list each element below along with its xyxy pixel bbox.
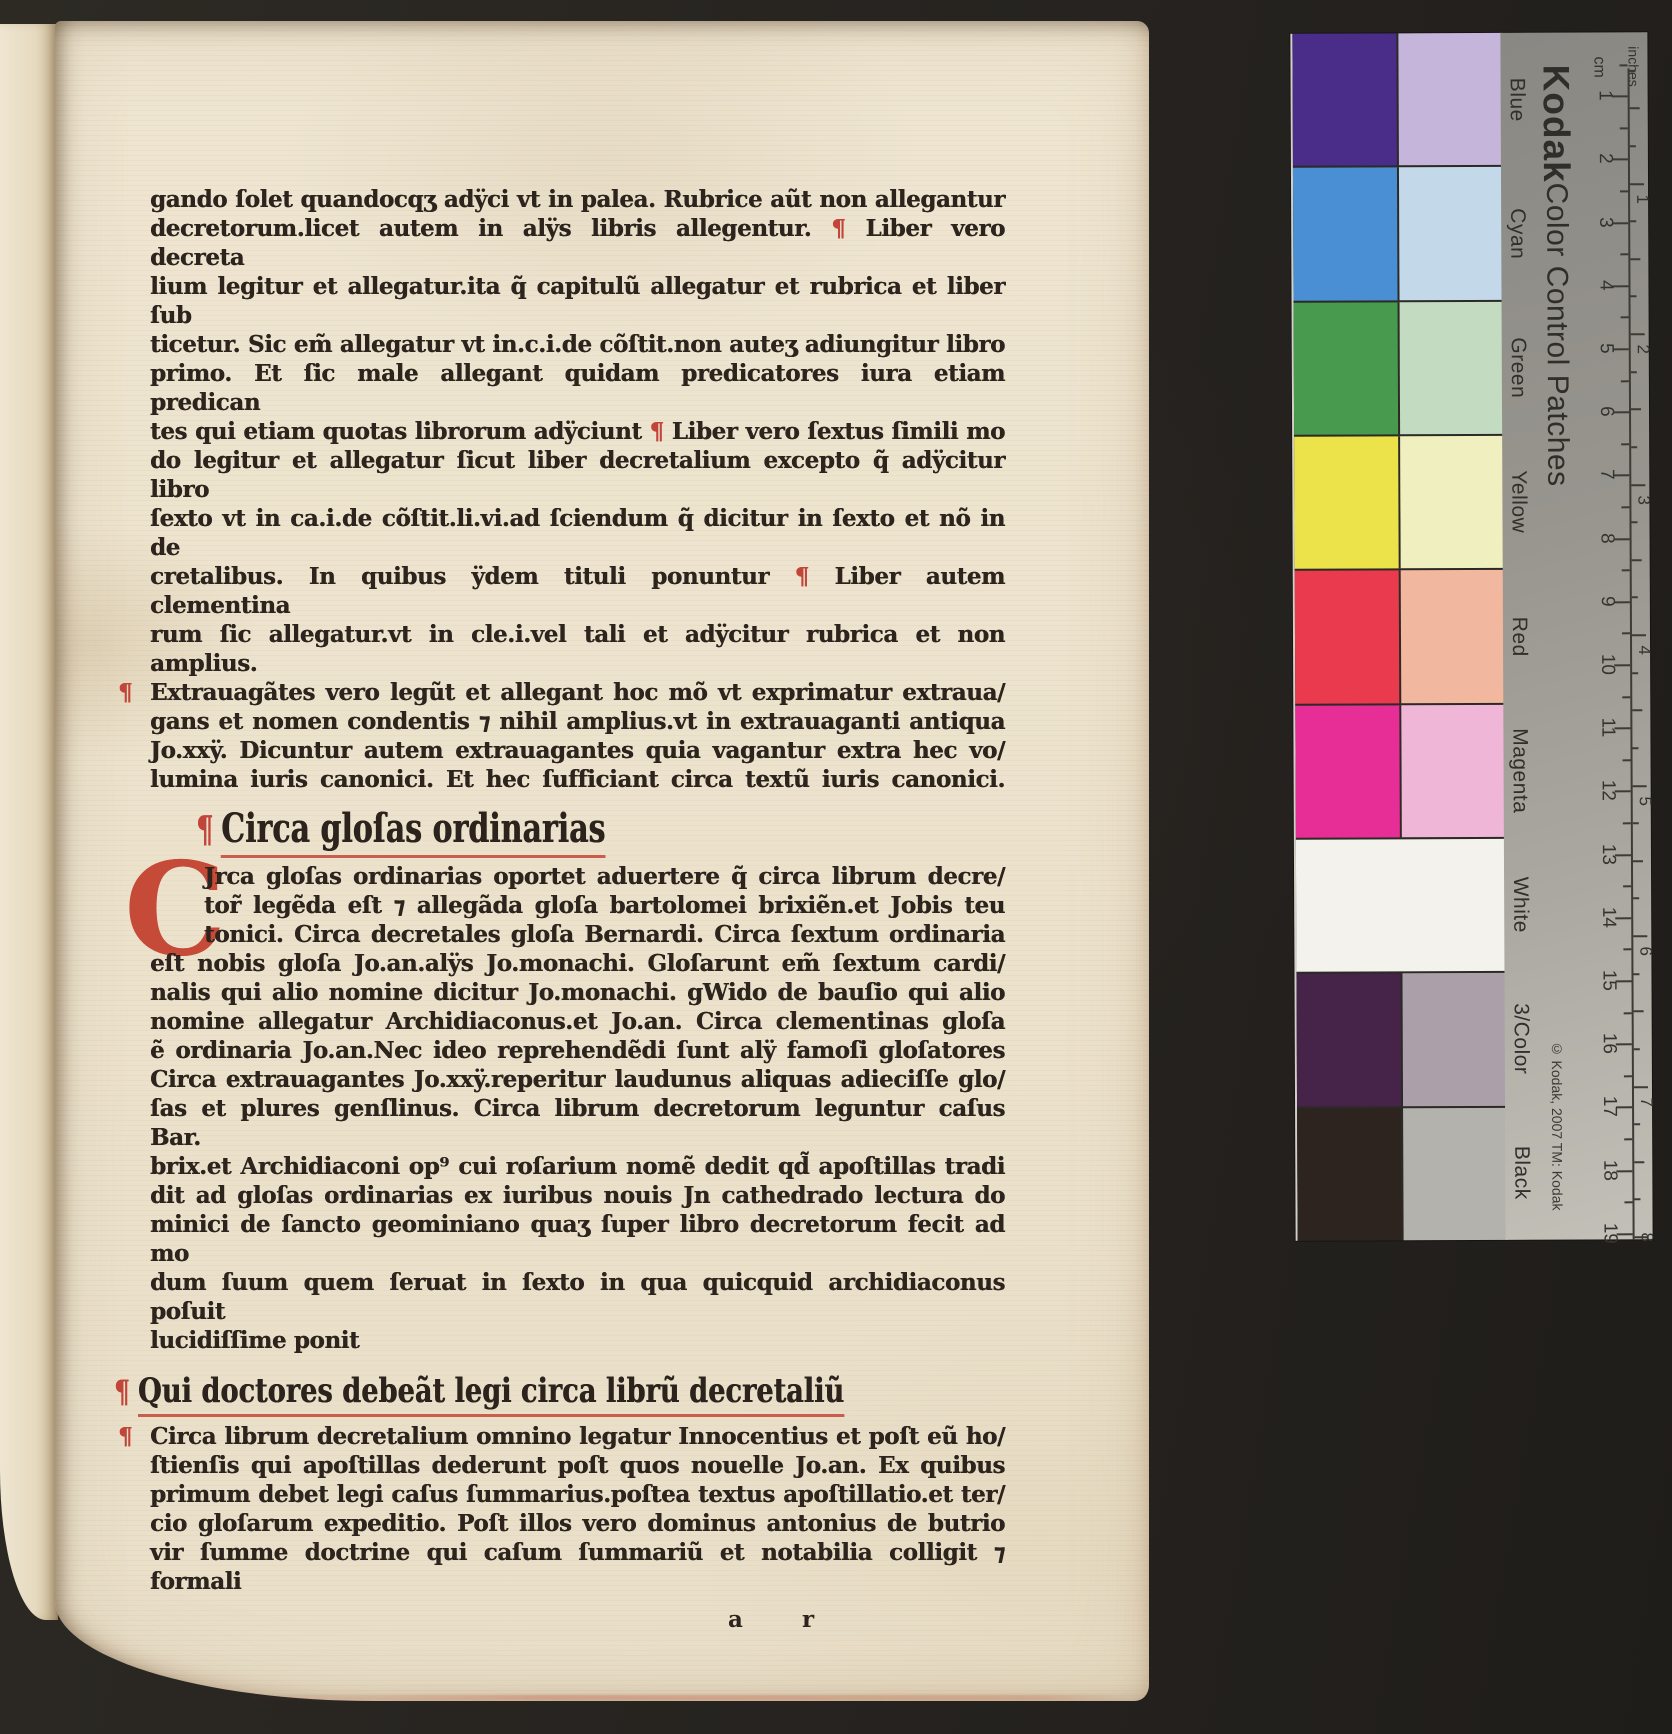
text-line: Circa extrauagantes Jo.xxÿ.reperitur lau… bbox=[150, 1065, 1005, 1094]
inch-minor-tick bbox=[1630, 220, 1636, 222]
cm-half-tick bbox=[1620, 190, 1628, 192]
inch-number: 1 bbox=[1632, 194, 1652, 204]
inch-number: 6 bbox=[1635, 946, 1655, 956]
inch-tick bbox=[1631, 333, 1645, 335]
cm-half-tick bbox=[1623, 949, 1631, 951]
inch-tick bbox=[1632, 634, 1646, 636]
cm-half-tick bbox=[1621, 380, 1629, 382]
section-heading-glosas: ¶Circa gloſas ordinarias bbox=[196, 806, 605, 852]
text-line: vir ſumme doctrine qui caſum ſummariũ et… bbox=[150, 1538, 1005, 1596]
text-line: gando ſolet quandocqʒ adÿci vt in palea.… bbox=[150, 185, 1005, 214]
inch-number: 8 bbox=[1637, 1232, 1657, 1242]
cm-number: 6 bbox=[1595, 406, 1617, 417]
text-line: lumina iuris canonici. Et hec ſufficiant… bbox=[150, 765, 1005, 794]
inch-minor-tick bbox=[1631, 371, 1637, 373]
patch-label-magenta: Magenta bbox=[1507, 728, 1531, 813]
signature-mark: r bbox=[802, 1606, 814, 1633]
text-line: tes qui etiam quotas librorum adÿciunt ¶… bbox=[150, 417, 1005, 446]
patch-row-white bbox=[1296, 839, 1507, 974]
inch-minor-tick bbox=[1630, 70, 1636, 72]
cm-number: 14 bbox=[1597, 907, 1619, 928]
kodak-brand-text: KodakColor Control Patches bbox=[1535, 65, 1579, 487]
cm-half-tick bbox=[1624, 1201, 1632, 1203]
inch-minor-tick bbox=[1630, 108, 1640, 110]
cm-number: 8 bbox=[1596, 533, 1618, 544]
cm-number: 17 bbox=[1598, 1096, 1620, 1117]
patch-yellow-tint bbox=[1400, 436, 1505, 569]
inch-minor-tick bbox=[1633, 898, 1639, 900]
patch-label-black: Black bbox=[1509, 1146, 1533, 1200]
inch-number: 4 bbox=[1634, 645, 1654, 655]
cm-number: 7 bbox=[1595, 469, 1617, 480]
text-line: minici de ſancto geominiano quaʒ ſuper l… bbox=[150, 1210, 1005, 1268]
cm-number: 3 bbox=[1594, 217, 1616, 228]
patch-row-blue bbox=[1292, 33, 1503, 168]
patch-row-3-color bbox=[1296, 973, 1507, 1108]
cm-number: 12 bbox=[1597, 780, 1619, 801]
inch-tick bbox=[1633, 785, 1647, 787]
cm-half-tick bbox=[1622, 633, 1630, 635]
cm-half-tick bbox=[1620, 253, 1628, 255]
patch-3-color-saturated bbox=[1296, 974, 1403, 1107]
patch-row-black bbox=[1297, 1107, 1508, 1240]
cm-half-tick bbox=[1621, 317, 1629, 319]
cm-number: 10 bbox=[1596, 654, 1618, 675]
heading-text: Qui doctores debeãt legi circa librũ dec… bbox=[138, 1371, 844, 1417]
inch-minor-tick bbox=[1630, 258, 1640, 260]
inch-minor-tick bbox=[1633, 973, 1639, 975]
patch-row-magenta bbox=[1295, 704, 1506, 839]
pilcrow-mark: ¶ bbox=[831, 215, 845, 242]
text-line: dit ad gloſas ordinarias ex iuribus noui… bbox=[150, 1181, 1005, 1210]
inch-minor-tick bbox=[1631, 521, 1637, 523]
inch-minor-tick bbox=[1633, 860, 1643, 862]
paragraph-1: gando ſolet quandocqʒ adÿci vt in palea.… bbox=[150, 185, 1005, 794]
patch-yellow-saturated bbox=[1294, 436, 1401, 569]
patch-label-red: Red bbox=[1507, 616, 1531, 656]
text-line: eſt nobis gloſa Jo.an.alÿs Jo.monachi. G… bbox=[150, 949, 1005, 978]
card-title-text: Color Control Patches bbox=[1540, 183, 1574, 487]
cm-half-tick bbox=[1621, 443, 1629, 445]
patch-cyan-saturated bbox=[1293, 168, 1400, 301]
text-line: ticetur. Sic em̃ allegatur vt in.c.i.de … bbox=[150, 330, 1005, 359]
patch-black-tint bbox=[1403, 1107, 1508, 1240]
text-line: dum ſuum quem ſeruat in ſexto in qua qui… bbox=[150, 1268, 1005, 1326]
signature-mark: a bbox=[728, 1606, 743, 1633]
inch-minor-tick bbox=[1631, 446, 1637, 448]
cm-half-tick bbox=[1623, 759, 1631, 761]
patch-cyan-tint bbox=[1399, 167, 1504, 300]
card-label-panel: BlueCyanGreenYellowRedMagentaWhite3/Colo… bbox=[1500, 32, 1652, 1240]
cm-number: 5 bbox=[1595, 343, 1617, 354]
pilcrow-mark: ¶ bbox=[650, 418, 664, 445]
cm-half-tick bbox=[1620, 64, 1628, 66]
text-line: primum debet legi caſus ſummarius.poſtea… bbox=[150, 1480, 1005, 1509]
inch-minor-tick bbox=[1633, 822, 1639, 824]
pilcrow-mark: ¶ bbox=[114, 1374, 138, 1410]
inch-minor-tick bbox=[1634, 1199, 1640, 1201]
patch-label-blue: Blue bbox=[1505, 78, 1529, 122]
text-line: brix.et Archidiaconi op⁹ cui roſarium no… bbox=[150, 1152, 1005, 1181]
patch-3-color-tint bbox=[1402, 973, 1507, 1106]
cm-number: 1 bbox=[1594, 90, 1616, 101]
cm-number: 9 bbox=[1596, 596, 1618, 607]
copyright-text: © Kodak, 2007 TM: Kodak bbox=[1549, 1041, 1566, 1211]
paragraph-3: ¶Circa librum decretalium omnino legatur… bbox=[150, 1422, 1005, 1596]
ruler: cm inches 123456789101112131415161718191… bbox=[1585, 32, 1652, 1239]
pilcrow-mark: ¶ bbox=[795, 563, 809, 590]
book-page: gando ſolet quandocqʒ adÿci vt in palea.… bbox=[55, 21, 1149, 1701]
margin-pilcrow: ¶ bbox=[118, 678, 132, 707]
patch-label-white: White bbox=[1508, 876, 1532, 932]
patch-magenta-saturated bbox=[1295, 705, 1402, 838]
text-line: rum ſic allegatur.vt in cle.i.vel tali e… bbox=[150, 620, 1005, 678]
inch-minor-tick bbox=[1632, 672, 1638, 674]
patch-red-tint bbox=[1401, 570, 1506, 703]
patch-label-cyan: Cyan bbox=[1505, 208, 1529, 259]
patch-green-tint bbox=[1400, 302, 1505, 435]
inch-number: 7 bbox=[1636, 1097, 1656, 1107]
cm-half-tick bbox=[1623, 822, 1631, 824]
text-line: ſtienſis qui apoſtillas dederunt poſt qu… bbox=[150, 1451, 1005, 1480]
patch-row-green bbox=[1294, 302, 1505, 437]
patch-label-3-color: 3/Color bbox=[1509, 1003, 1533, 1074]
cm-number: 11 bbox=[1596, 718, 1618, 738]
inch-minor-tick bbox=[1632, 747, 1638, 749]
text-line: cio gloſarum expeditio. Poſt illos vero … bbox=[150, 1509, 1005, 1538]
cm-number: 4 bbox=[1594, 280, 1616, 291]
inch-tick bbox=[1631, 484, 1645, 486]
text-line: primo. Et ſic male allegant quidam predi… bbox=[150, 359, 1005, 417]
patch-black-saturated bbox=[1297, 1108, 1404, 1241]
inch-tick bbox=[1630, 183, 1644, 185]
patch-label-green: Green bbox=[1506, 338, 1530, 399]
text-line: lium legitur et allegatur.ita q̃ capitul… bbox=[150, 272, 1005, 330]
patch-label-yellow: Yellow bbox=[1506, 471, 1530, 534]
patch-row-cyan bbox=[1293, 167, 1504, 302]
inch-minor-tick bbox=[1631, 409, 1641, 411]
paragraph-2: C Jrca gloſas ordinarias oportet aduerte… bbox=[150, 862, 1005, 1355]
text-line: tonici. Circa decretales gloſa Bernardi.… bbox=[150, 920, 1005, 949]
cm-number: 18 bbox=[1598, 1159, 1620, 1180]
patch-row-yellow bbox=[1294, 436, 1505, 571]
text-block: gando ſolet quandocqʒ adÿci vt in palea.… bbox=[150, 185, 1005, 1632]
text-line: ẽ ordinaria Jo.an.Nec ideo reprehendẽdi … bbox=[150, 1036, 1005, 1065]
inch-minor-tick bbox=[1634, 1161, 1644, 1163]
cm-half-tick bbox=[1622, 569, 1630, 571]
text-line: nomine allegatur Archidiaconus.et Jo.an.… bbox=[150, 1007, 1005, 1036]
cm-unit-label: cm bbox=[1589, 56, 1607, 77]
cm-number: 13 bbox=[1597, 843, 1619, 864]
cm-half-tick bbox=[1624, 1012, 1632, 1014]
paragraph-2-lines: Jrca gloſas ordinarias oportet aduertere… bbox=[150, 862, 1005, 1355]
section-heading-doctores: ¶Qui doctores debeãt legi circa librũ de… bbox=[114, 1369, 844, 1414]
text-line: Jrca gloſas ordinarias oportet aduertere… bbox=[150, 862, 1005, 891]
book-gutter-underpage bbox=[0, 24, 58, 1620]
cm-half-tick bbox=[1622, 696, 1630, 698]
kodak-wordmark: Kodak bbox=[1536, 65, 1578, 183]
cm-number: 15 bbox=[1597, 970, 1619, 991]
text-line: cretalibus. In quibus ÿdem tituli ponunt… bbox=[150, 562, 1005, 620]
text-line: ¶Circa librum decretalium omnino legatur… bbox=[150, 1422, 1005, 1451]
pilcrow-mark: ¶ bbox=[196, 807, 221, 851]
text-line: ¶Extrauagãtes vero legũt et allegant hoc… bbox=[150, 678, 1005, 707]
inch-minor-tick bbox=[1632, 710, 1642, 712]
cm-half-tick bbox=[1624, 1138, 1632, 1140]
cm-half-tick bbox=[1624, 1075, 1632, 1077]
inch-tick bbox=[1634, 1086, 1648, 1088]
text-line: ſexto vt in ca.i.de cõſtit.li.vi.ad ſcie… bbox=[150, 504, 1005, 562]
cm-number: 2 bbox=[1594, 153, 1616, 164]
text-line: nalis qui alio nomine dicitur Jo.monachi… bbox=[150, 978, 1005, 1007]
kodak-color-control-card: BlueCyanGreenYellowRedMagentaWhite3/Colo… bbox=[1290, 32, 1652, 1241]
inch-minor-tick bbox=[1634, 1048, 1640, 1050]
inch-minor-tick bbox=[1631, 296, 1637, 298]
patch-red-saturated bbox=[1295, 571, 1402, 704]
cm-number: 16 bbox=[1598, 1033, 1620, 1054]
color-patches-grid bbox=[1290, 33, 1507, 1241]
inch-tick bbox=[1633, 935, 1647, 937]
text-line: do legitur et allegatur ſicut liber decr… bbox=[150, 446, 1005, 504]
cm-number: 19 bbox=[1599, 1223, 1621, 1244]
signature-marks: a r bbox=[150, 1596, 1005, 1632]
text-line: gans et nomen condentis ⁊ nihil amplius.… bbox=[150, 707, 1005, 736]
inch-minor-tick bbox=[1630, 145, 1636, 147]
inch-number: 3 bbox=[1633, 495, 1653, 505]
patch-magenta-tint bbox=[1401, 704, 1506, 837]
heading-text: Circa gloſas ordinarias bbox=[221, 805, 605, 858]
text-line: ſas et plures genſlinus. Circa librum de… bbox=[150, 1094, 1005, 1152]
text-line: tor̃ legẽda eſt ⁊ allegãda gloſa bartolo… bbox=[150, 891, 1005, 920]
inch-minor-tick bbox=[1634, 1011, 1644, 1013]
inch-minor-tick bbox=[1634, 1123, 1640, 1125]
scanned-incunabulum-photo: gando ſolet quandocqʒ adÿci vt in palea.… bbox=[0, 0, 1672, 1734]
patch-white bbox=[1296, 839, 1507, 972]
patch-row-red bbox=[1295, 570, 1506, 705]
patch-blue-tint bbox=[1398, 33, 1503, 166]
inch-minor-tick bbox=[1632, 559, 1642, 561]
inch-number: 2 bbox=[1633, 344, 1653, 354]
patch-blue-saturated bbox=[1292, 33, 1399, 166]
patch-green-saturated bbox=[1294, 302, 1401, 435]
text-line: decretorum.licet autem in alÿs libris al… bbox=[150, 214, 1005, 272]
cm-half-tick bbox=[1620, 127, 1628, 129]
text-line: lucidiſſime ponit bbox=[150, 1326, 1005, 1355]
margin-pilcrow: ¶ bbox=[118, 1422, 132, 1451]
text-line: Jo.xxÿ. Dicuntur autem extrauagantes qui… bbox=[150, 736, 1005, 765]
cm-half-tick bbox=[1621, 506, 1629, 508]
cm-half-tick bbox=[1623, 885, 1631, 887]
inch-minor-tick bbox=[1632, 597, 1638, 599]
inch-number: 5 bbox=[1635, 796, 1655, 806]
